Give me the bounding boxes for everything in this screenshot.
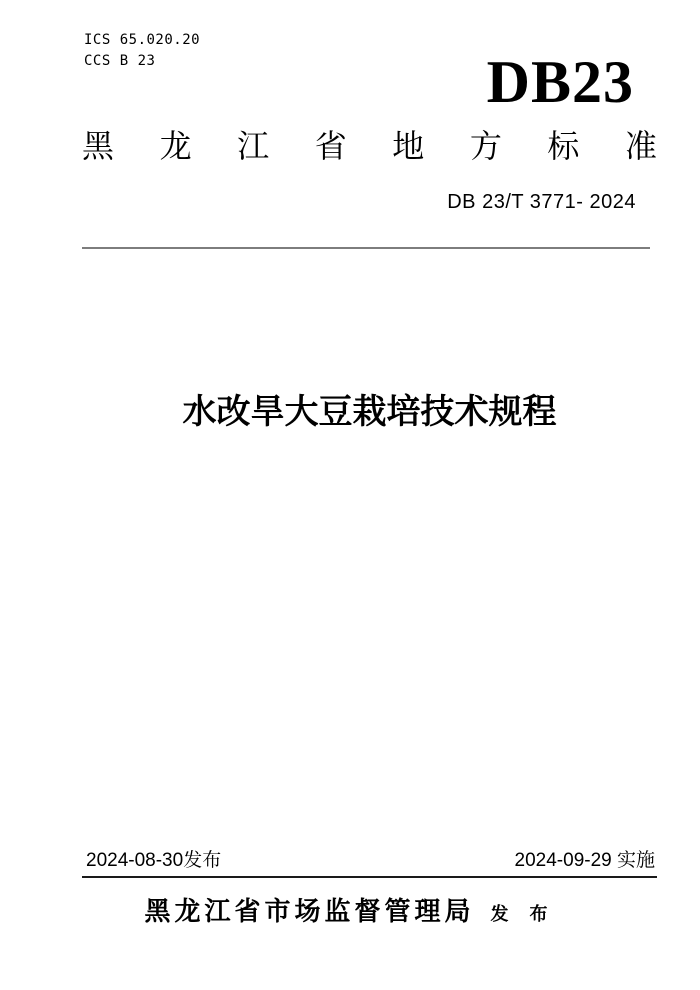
standard-name: 黑龙江省地方标准 bbox=[82, 126, 657, 166]
document-title: 水改旱大豆栽培技术规程 bbox=[82, 390, 657, 434]
publisher-row: 黑龙江省市场监督管理局 发 布 bbox=[0, 894, 700, 928]
publish-label: 发 布 bbox=[491, 902, 556, 926]
classification-codes: ICS 65.020.20 CCS B 23 bbox=[84, 30, 200, 72]
header-divider bbox=[82, 247, 650, 249]
ics-code: ICS 65.020.20 bbox=[84, 30, 200, 51]
implement-date: 2024-09-29 实施 bbox=[515, 849, 655, 873]
db-logo: DB23 bbox=[487, 52, 634, 112]
issue-date: 2024-08-30发布 bbox=[86, 849, 221, 873]
ccs-code: CCS B 23 bbox=[84, 51, 200, 72]
footer-divider bbox=[82, 876, 657, 878]
publisher-name: 黑龙江省市场监督管理局 bbox=[144, 894, 474, 928]
doc-number: DB 23/T 3771- 2024 bbox=[447, 190, 636, 214]
standard-cover-page: ICS 65.020.20 CCS B 23 DB23 黑龙江省地方标准 DB … bbox=[0, 0, 700, 990]
dates-row: 2024-08-30发布 2024-09-29 实施 bbox=[86, 849, 655, 873]
